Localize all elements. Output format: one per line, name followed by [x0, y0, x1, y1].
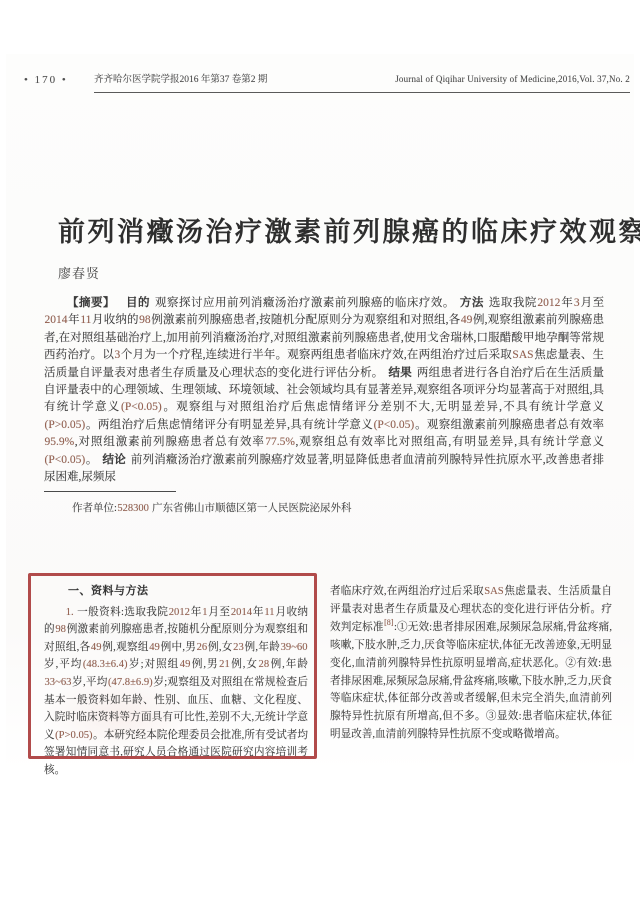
author-name: 廖春贤: [58, 263, 100, 282]
methods-label: 方法: [460, 297, 484, 309]
objective-text: 观察探讨应用前列消癥汤治疗激素前列腺癌的临床疗效。: [155, 297, 455, 309]
footnote-divider: [44, 491, 176, 492]
right-column-text-2: :①无效:患者排尿困难,尿频尿急尿痛,骨盆疼痛,咳嗽,下肢水肿,乏力,厌食等临床…: [330, 622, 612, 740]
general-data-paragraph: 1. 一般资料:选取我院2012年1月至2014年11月收纳的98例激素前列腺癌…: [44, 604, 308, 780]
abstract-tag: 【摘要】: [67, 297, 115, 309]
journal-header: 齐齐哈尔医学院学报2016 年第37 卷第2 期 Journal of Qiqi…: [94, 71, 630, 93]
objective-label: 目的: [126, 297, 150, 309]
journal-title-cn: 齐齐哈尔医学院学报2016 年第37 卷第2 期: [94, 71, 267, 85]
section-heading: 一、资料与方法: [68, 583, 308, 601]
page-number: • 170 •: [24, 74, 68, 86]
article-title: 前列消癥汤治疗激素前列腺癌的临床疗效观察: [58, 210, 598, 249]
conclusion-label: 结论: [103, 454, 126, 466]
methods-section: 一、资料与方法 1. 一般资料:选取我院2012年1月至2014年11月收纳的9…: [44, 583, 308, 780]
conclusion-text: 前列消癥汤治疗激素前列腺癌疗效显著,明显降低患者血清前列腺特异性抗原水平,改善患…: [44, 454, 604, 483]
abstract-paragraph: 【摘要】目的观察探讨应用前列消癥汤治疗激素前列腺癌的临床疗效。方法选取我院201…: [44, 295, 604, 486]
reference-superscript: [8]: [384, 618, 394, 627]
journal-title-en: Journal of Qiqihar University of Medicin…: [395, 74, 630, 84]
results-text: 两组患者进行各自治疗后在生活质量自评量表中的心理领域、生理领域、环境领域、社会领…: [44, 367, 604, 466]
efficacy-criteria-paragraph: 者临床疗效,在两组治疗过后采取SAS焦虑量表、生活质量自评量表对患者生存质量及心…: [330, 583, 612, 744]
results-label: 结果: [389, 367, 412, 379]
right-column: 者临床疗效,在两组治疗过后采取SAS焦虑量表、生活质量自评量表对患者生存质量及心…: [330, 583, 612, 744]
author-affiliation: 作者单位:528300 广东省佛山市顺德区第一人民医院泌尿外科: [72, 500, 592, 515]
